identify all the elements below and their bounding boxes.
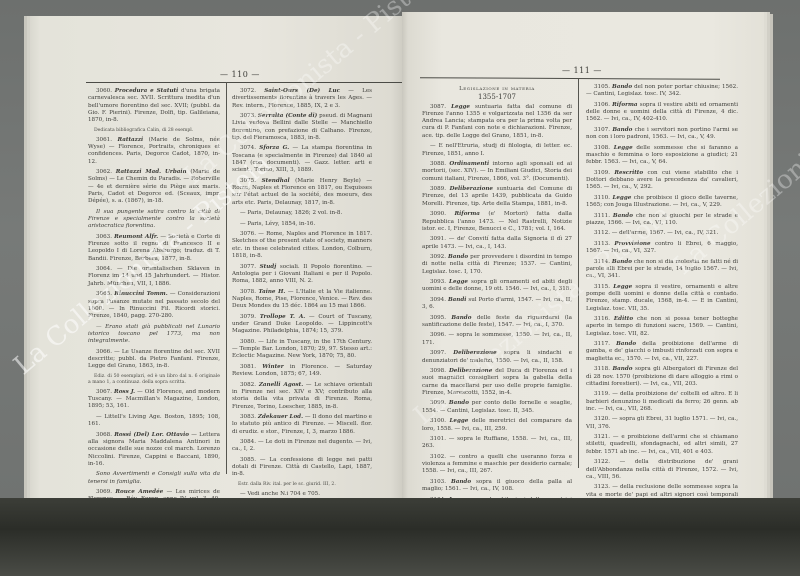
entry-number: 3062. (96, 169, 116, 175)
bibliography-entry: 3068. Rossi (Del) Lor. Ottavio — Lettera… (88, 432, 220, 468)
entry-annotation: Il sua pungente satira contro la città d… (88, 209, 220, 231)
bibliography-entry: 3119. — della proibizione de' coltelli e… (586, 391, 738, 413)
entry-number: 3107. (594, 127, 612, 133)
entry-number: 3112. (594, 230, 612, 236)
bibliography-entry: 3113. Provvisione contro li Ebrei, 6 mag… (586, 241, 738, 256)
entry-author: Bando (451, 479, 471, 485)
bibliography-entry: 3090. Riforma (e' Mortori) fatta dalla R… (422, 211, 572, 233)
entry-citation: — Paris, Delaunay, 1826; 2 vol. in-8. (240, 210, 342, 216)
entry-author: Taine H. (258, 289, 285, 295)
left-page: — 110 — 3060. Procedura e Statuti d'una … (30, 16, 402, 504)
bibliography-entry: 3117. Bando della proibizione dell'arme … (586, 341, 738, 363)
bibliography-entry: 3118. Bando sopra gli Albergatori di Fir… (586, 366, 738, 388)
entry-number: 3095. (430, 315, 451, 321)
bibliography-entry: 3112. — dell'arme, 1567. — Ivi, ca., IV,… (586, 230, 738, 237)
entry-number: 3122. (594, 459, 620, 465)
entry-number: 3064. (96, 266, 117, 272)
entry-author: Rattazzi Mad. Urbain (116, 169, 187, 175)
bibliography-entry: 3084. — Le doti in Firenze nel dugento. … (232, 439, 372, 454)
entry-author: Ordinamenti (449, 161, 489, 167)
entry-number: 3116. (594, 316, 614, 322)
entry-citation: — Littell's Living Age. Boston, 1895; 10… (88, 414, 220, 427)
entry-number: 3088. (430, 161, 449, 167)
entry-number: 3075. (240, 178, 262, 184)
entry-number: 3106. (594, 102, 612, 108)
entry-number: 3109. (594, 170, 614, 176)
bibliography-entry: 3077. Studj sociali. Il Popolo fiorentin… (232, 264, 372, 286)
bibliography-entry: 3072. Saint-Ours (De) Luc — Les divertis… (232, 88, 372, 110)
entry-number: 3087. (430, 104, 451, 110)
entry-author: Studj (260, 264, 277, 270)
entry-number: 3076. (240, 231, 258, 237)
entry-author: Bando (612, 259, 632, 265)
entry-number: 3115. (594, 284, 613, 290)
entry-author: Deliberazione (449, 368, 492, 374)
bibliography-entry: — E nell'Etruria, studj di filologia, di… (422, 143, 572, 158)
bibliography-entry: 3111. Bando che non si giuochi per le st… (586, 213, 738, 228)
entry-number: 3097. (430, 350, 453, 356)
header-rule (86, 82, 402, 83)
entry-author: Reumont Alfr. (114, 234, 158, 240)
entry-number: 3110. (594, 195, 612, 201)
bibliography-entry: 3063. Reumont Alfr. — Società e Corte di… (88, 234, 220, 263)
entry-author: Riforma (612, 102, 637, 108)
entry-author: Deliberazione (450, 186, 493, 192)
bibliography-entry: 3066. — Le Usanze fiorentine del sec. XV… (88, 349, 220, 371)
entry-number: 3069. (96, 489, 115, 495)
entry-number: 3117. (594, 341, 616, 347)
entry-author: Rinuccini Tomm. (114, 291, 167, 297)
bibliography-entry: 3064. — Die orientalischen Sklaven in Fl… (88, 266, 220, 288)
entry-author: Bando (616, 341, 636, 347)
entry-author: Provvisione (614, 241, 650, 247)
entry-number: 3081. (240, 364, 262, 370)
bibliography-entry: 3089. Deliberazione suntuaria del Comune… (422, 186, 572, 208)
entry-number: 3099. (430, 400, 449, 406)
entry-number: 3113. (594, 241, 614, 247)
entry-author: Bando (612, 127, 632, 133)
bibliography-entry: 3095. Bando delle feste da riguardarsi (… (422, 315, 572, 330)
entry-number: 3100. (430, 418, 449, 424)
page-number: — 110 — (220, 70, 260, 79)
entry-author: Winter (262, 364, 283, 370)
entry-author: Bando (448, 254, 468, 260)
entry-number: 3105. (594, 84, 612, 90)
entry-citation: — Paris, Lévy, 1854, in-16. (240, 221, 315, 227)
column-divider (226, 82, 227, 474)
section-heading: Legislazione in materia (422, 86, 572, 93)
bibliography-entry: — Paris, Delaunay, 1826; 2 vol. in-8. (232, 210, 372, 217)
bibliography-entry: 3107. Bando che i servitori non portino … (586, 127, 738, 142)
bibliography-entry: 3060. Procedura e Statuti d'una brigata … (88, 88, 220, 124)
entry-number: 3091. (430, 236, 449, 242)
column-divider (578, 78, 579, 468)
bibliography-entry: 3065. Rinuccini Tomm. — Considerazioni s… (88, 291, 220, 320)
entry-author: Bandi (448, 297, 466, 303)
bibliography-entry: 3076. — Rome, Naples and Florence in 181… (232, 231, 372, 260)
bibliography-entry: 3106. Riforma sopra il vestire abiti ed … (586, 102, 738, 124)
entry-author: Legge (614, 145, 633, 151)
entry-number: 3072. (240, 88, 264, 94)
entry-author: Rescritto (614, 170, 643, 176)
entry-author: Legge (451, 104, 470, 110)
entry-number: 3089. (430, 186, 450, 192)
header-rule (420, 77, 720, 80)
entry-number: 3111. (594, 213, 613, 219)
entry-note: Dedicata bibliografica Calin, di 28 esem… (88, 128, 220, 134)
bibliography-entry: 3099. Bando per conto delle fornelle e s… (422, 400, 572, 415)
bibliography-entry: 3097. Deliberazione sopra li sindachi e … (422, 350, 572, 365)
entry-number: 3093. (430, 279, 449, 285)
right-column-1: Legislazione in materia 1355-1707 3087. … (422, 84, 572, 512)
bibliography-entry: 3121. — e proibizione dell'armi che si c… (586, 434, 738, 456)
entry-author: Rossi (Del) Lor. Ottavio (114, 432, 189, 438)
bibliography-entry: 3092. Bando per provvedere i disordini i… (422, 254, 572, 276)
entry-author: Procedura e Statuti (115, 88, 178, 94)
entry-number: 3067. (96, 389, 114, 395)
entry-author: Legge (613, 284, 632, 290)
bibliography-entry: 3091. — de' Convití fatta dalla Signoria… (422, 236, 572, 251)
entry-author: Riforma (455, 211, 480, 217)
entry-number: 3085. (240, 457, 260, 463)
table-surface (0, 498, 800, 576)
entry-author: Zanelli Agost. (259, 382, 303, 388)
bibliography-entry: 3120. — sopra gli Ebrei, 31 luglio 1571.… (586, 416, 738, 431)
entry-number: 3065. (96, 291, 114, 297)
entry-number: 3108. (594, 145, 614, 151)
bibliography-entry: 3087. Legge suntuaria fatta dal comune d… (422, 104, 572, 140)
entry-author: Stendhal (262, 178, 290, 184)
entry-number: 3079. (240, 314, 260, 320)
entry-number: 3084. (240, 439, 258, 445)
bibliography-entry: 3078. Taine H. — L'Italie et la Vie ital… (232, 289, 372, 311)
entry-note: Estr. dalla Riv. ital. per le sc. giurid… (232, 482, 372, 488)
entry-number: 3119. (594, 391, 612, 397)
entry-author: Deliberazione (453, 350, 496, 356)
left-column-1: 3060. Procedura e Statuti d'una brigata … (88, 88, 220, 504)
entry-number: 3118. (594, 366, 612, 372)
bibliography-entry: 3094. Bandi sul Porto d'armi, 1547. — Iv… (422, 297, 572, 312)
bibliography-entry: 3098. Deliberazione del Duca di Fiorenza… (422, 368, 572, 397)
bibliography-entry: 3103. Bando sopra il giuoco della palla … (422, 479, 572, 494)
entry-note: Ediz. di 50 esemplari, ed è un libro dal… (88, 374, 220, 386)
open-book: — 110 — 3060. Procedura e Statuti d'una … (0, 0, 800, 576)
bibliography-entry: 3102. — contro a quelli che useranno for… (422, 454, 572, 476)
entry-citation: — dell'arme, 1567. — Ivi, ca., IV, 321. (612, 230, 719, 236)
entry-author: Rouce Amedée (115, 489, 163, 495)
bibliography-entry: 3114. Bando che non si dia molestia ne f… (586, 259, 738, 281)
bibliography-entry: — Paris, Lévy, 1854, in-16. (232, 221, 372, 228)
entry-number: 3082. (240, 382, 259, 388)
bibliography-entry: 3085. — La confessione di legge nei patt… (232, 457, 372, 479)
bibliography-entry: 3122. — della distribuzione de' grani de… (586, 459, 738, 481)
entry-author: Bando (612, 84, 632, 90)
bibliography-entry: 3105. Bando del non poter portar chiusin… (586, 84, 738, 99)
bibliography-entry: 3081. Winter in Florence. — Saturday Rev… (232, 364, 372, 379)
right-column-2: 3105. Bando del non poter portar chiusin… (586, 84, 738, 509)
entry-citation: — E nell'Etruria, studj di filologia, di… (422, 143, 572, 156)
entry-author: Bando (449, 400, 469, 406)
entry-number: 3092. (430, 254, 448, 260)
entry-number: 3073. (240, 113, 258, 119)
bibliography-entry: 3108. Legge delle sommesse che si farann… (586, 145, 738, 167)
bibliography-entry: 3073. Serralta (Conte di) pseud. di Magn… (232, 113, 372, 142)
entry-author: Legge (449, 418, 468, 424)
bibliography-entry: 3082. Zanelli Agost. — Le schiave orient… (232, 382, 372, 411)
entry-number: 3068. (96, 432, 114, 438)
entry-number: 3096. (430, 332, 448, 338)
entry-number: 3120. (594, 416, 612, 422)
entry-number: 3114. (594, 259, 612, 265)
bibliography-entry: 3080. — Life in Tuscany, in the 17th Cen… (232, 339, 372, 361)
bibliography-entry: 3079. Trollope T. A. — Court of Tuscany,… (232, 314, 372, 336)
entry-number: 3090. (430, 211, 455, 217)
entry-author: Legge (612, 195, 631, 201)
page-number: — 111 — (562, 66, 602, 75)
bibliography-entry: 3062. Rattazzi Mad. Urbain (Marie de Sol… (88, 169, 220, 205)
bibliography-entry: 3110. Legge che proibisce il gioco delle… (586, 195, 738, 210)
right-page: — 111 — Legislazione in materia 1355-170… (402, 12, 764, 512)
entry-number: 3121. (594, 434, 613, 440)
entry-annotation: Sono Avvertimenti e Consigli sulla vita … (88, 471, 220, 486)
bibliography-entry: 3115. Legge sopra il vestire, ornamenti … (586, 284, 738, 313)
entry-author: Sforza G. (259, 145, 289, 151)
left-column-2: 3072. Saint-Ours (De) Luc — Les divertis… (232, 88, 372, 504)
entry-number: 3103. (430, 479, 451, 485)
entry-number: 3102. (430, 454, 450, 460)
bibliography-entry: 3083. Zdekauer Lod. — Il dono del martin… (232, 414, 372, 436)
entry-number: 3123. (594, 484, 612, 490)
entry-author: Trollope T. A. (260, 314, 305, 320)
bibliography-entry: 3075. Stendhal (Marie Henry Beyle) — Rom… (232, 178, 372, 207)
entry-number: 3080. (240, 339, 258, 345)
bibliography-entry: 3074. Sforza G. — La stampa fiorentina i… (232, 145, 372, 174)
entry-number: 3078. (240, 289, 258, 295)
entry-author: Zdekauer Lod. (258, 414, 303, 420)
bibliography-entry: 3096. — sopra le sommesse, 1550. — Ivi, … (422, 332, 572, 347)
entry-number: 3094. (430, 297, 448, 303)
entry-number: 3063. (96, 234, 114, 240)
entry-author: Legge (449, 279, 468, 285)
entry-author: Editto (614, 316, 633, 322)
bibliography-entry: 3067. Ross J. — Old Florence, and modern… (88, 389, 220, 411)
entry-author: Bando (613, 213, 633, 219)
entry-number: 3077. (240, 264, 260, 270)
entry-number: 3066. (96, 349, 114, 355)
entries: 3087. Legge suntuaria fatta dal comune d… (422, 104, 572, 512)
bibliography-entry: 3116. Editto che non si possa tener bott… (586, 316, 738, 338)
section-years: 1355-1707 (422, 94, 572, 101)
bibliography-entry: 3109. Rescritto con cui viene stabilito … (586, 170, 738, 192)
entry-author: Ross J. (114, 389, 135, 395)
entry-number: 3074. (240, 145, 259, 151)
entry-number: 3098. (430, 368, 449, 374)
entry-number: 3083. (240, 414, 258, 420)
entry-number: 3060. (96, 88, 115, 94)
entry-author: Rattazzi (117, 137, 143, 143)
entry-annotation: — Erano stati già pubblicati nel Lunario… (88, 324, 220, 346)
entry-author: Bando (612, 366, 632, 372)
entry-author: Serralta (Conte di) (258, 113, 317, 119)
entry-number: 3061. (96, 137, 117, 143)
bibliography-entry: — Littell's Living Age. Boston, 1895; 10… (88, 414, 220, 429)
entry-number: 3101. (430, 436, 449, 442)
entry-author: Saint-Ours (De) Luc (264, 88, 340, 94)
entry-citation: — Vedi anche N.i 704 e 705. (240, 491, 320, 497)
bibliography-entry: 3061. Rattazzi (Marie de Solms, née Wyse… (88, 137, 220, 166)
bibliography-entry: 3093. Legge sopra gli ornamenti ed abiti… (422, 279, 572, 294)
bibliography-entry: 3101. — sopra le Ruffiane, 1558. — Ivi, … (422, 436, 572, 451)
bibliography-entry: 3100. Legge delle meretrici del comparar… (422, 418, 572, 433)
bibliography-entry: 3088. Ordinamenti intorno agli sponsali … (422, 161, 572, 183)
entry-author: Bando (451, 315, 471, 321)
